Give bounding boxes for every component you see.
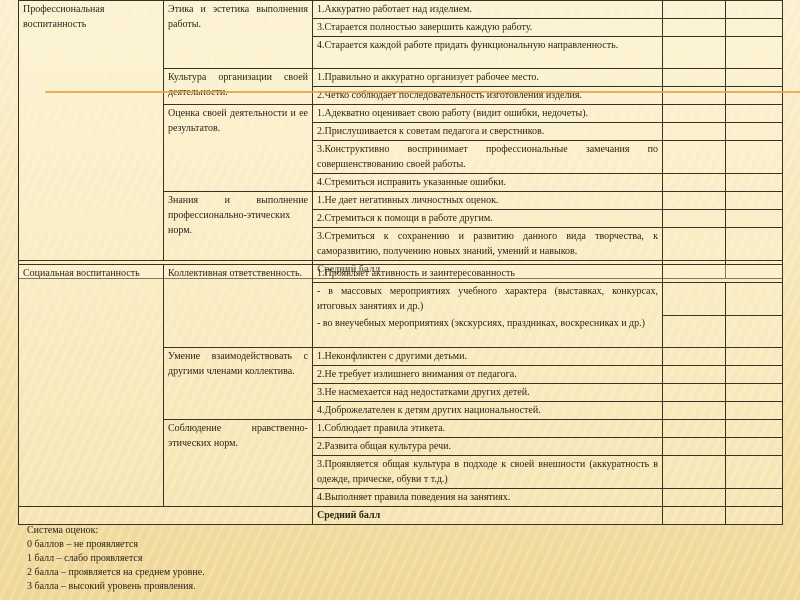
score-cell[interactable] bbox=[726, 105, 783, 123]
accent-divider-line bbox=[45, 91, 800, 93]
legend-line: 2 балла – проявляется на среднем уровне. bbox=[27, 566, 205, 580]
score-cell[interactable] bbox=[726, 228, 783, 261]
legend-line: 1 балл – слабо проявляется bbox=[27, 552, 205, 566]
score-cell[interactable] bbox=[726, 37, 783, 69]
item-cell: 4.Доброжелателен к детям других национал… bbox=[313, 401, 663, 419]
score-cell[interactable] bbox=[726, 383, 783, 401]
social-upbringing-table: Социальная воспитанность Коллективная от… bbox=[18, 264, 783, 525]
item-cell: 1.Не дает негативных личностных оценок. bbox=[313, 192, 663, 210]
item-cell: 4.Стремиться исправить указанные ошибки. bbox=[313, 174, 663, 192]
criterion-cell: Культура организации своей деятельности. bbox=[164, 69, 313, 105]
item-cell: 1.Соблюдает правила этикета. bbox=[313, 419, 663, 437]
table-row: Социальная воспитанность Коллективная от… bbox=[19, 265, 783, 283]
score-cell[interactable] bbox=[726, 174, 783, 192]
legend-line: 0 баллов – не проявляется bbox=[27, 538, 205, 552]
score-cell[interactable] bbox=[726, 69, 783, 87]
score-cell[interactable] bbox=[726, 488, 783, 506]
criterion-cell: Этика и эстетика выполнения работы. bbox=[164, 1, 313, 69]
score-cell[interactable] bbox=[663, 365, 726, 383]
score-cell[interactable] bbox=[663, 1, 726, 19]
item-cell: 2.Стремиться к помощи в работе другим. bbox=[313, 210, 663, 228]
score-cell[interactable] bbox=[663, 419, 726, 437]
criterion-cell: Соблюдение нравственно-этических норм. bbox=[164, 419, 313, 506]
score-cell[interactable] bbox=[726, 365, 783, 383]
criterion-cell: Умение взаимодействовать с другими члена… bbox=[164, 347, 313, 419]
score-cell[interactable] bbox=[663, 283, 726, 316]
score-cell[interactable] bbox=[726, 123, 783, 141]
score-cell[interactable] bbox=[663, 315, 726, 347]
score-cell[interactable] bbox=[726, 19, 783, 37]
score-cell[interactable] bbox=[726, 419, 783, 437]
item-heading-cell: 1.Проявляет активность и заинтересованно… bbox=[313, 265, 663, 283]
item-cell: 4.Старается каждой работе придать функци… bbox=[313, 37, 663, 69]
legend-line: 3 балла – высокий уровень проявления. bbox=[27, 580, 205, 594]
item-cell: - во внеучебных мероприятиях (экскурсиях… bbox=[313, 315, 663, 347]
score-cell[interactable] bbox=[663, 174, 726, 192]
score-cell[interactable] bbox=[663, 192, 726, 210]
item-cell: 4.Выполняет правила поведения на занятия… bbox=[313, 488, 663, 506]
score-cell[interactable] bbox=[663, 37, 726, 69]
item-cell: 3.Конструктивно воспринимает профессиона… bbox=[313, 141, 663, 174]
item-cell: 3.Проявляется общая культура в подходе к… bbox=[313, 455, 663, 488]
item-cell: 1.Правильно и аккуратно организует рабоч… bbox=[313, 69, 663, 87]
score-cell[interactable] bbox=[726, 347, 783, 365]
merged-score-cell bbox=[663, 265, 783, 283]
item-cell: 3.Старается полностью завершить каждую р… bbox=[313, 19, 663, 37]
category-cell: Профессиональная воспитанность bbox=[19, 1, 164, 261]
item-cell: - в массовых мероприятиях учебного харак… bbox=[313, 283, 663, 316]
score-cell[interactable] bbox=[663, 455, 726, 488]
score-cell[interactable] bbox=[726, 87, 783, 105]
average-score-cell[interactable] bbox=[663, 506, 726, 524]
score-cell[interactable] bbox=[726, 283, 783, 316]
average-empty-cell bbox=[19, 506, 313, 524]
score-cell[interactable] bbox=[726, 1, 783, 19]
table-row: Профессиональная воспитанность Этика и э… bbox=[19, 1, 783, 19]
score-cell[interactable] bbox=[663, 383, 726, 401]
score-cell[interactable] bbox=[726, 437, 783, 455]
average-label: Средний балл bbox=[313, 506, 663, 524]
legend-title: Система оценок: bbox=[27, 524, 205, 538]
average-score-cell[interactable] bbox=[726, 506, 783, 524]
score-cell[interactable] bbox=[663, 488, 726, 506]
score-cell[interactable] bbox=[663, 141, 726, 174]
criterion-cell: Знания и выполнение профессионально-этич… bbox=[164, 192, 313, 261]
item-cell: 3.Не насмехается над недостатками других… bbox=[313, 383, 663, 401]
score-cell[interactable] bbox=[663, 105, 726, 123]
grading-legend: Система оценок: 0 баллов – не проявляетс… bbox=[27, 524, 205, 594]
score-cell[interactable] bbox=[663, 210, 726, 228]
item-cell: 1.Адекватно оценивает свою работу (видит… bbox=[313, 105, 663, 123]
category-cell: Социальная воспитанность bbox=[19, 265, 164, 507]
average-row: Средний балл bbox=[19, 506, 783, 524]
score-cell[interactable] bbox=[663, 123, 726, 141]
score-cell[interactable] bbox=[663, 437, 726, 455]
score-cell[interactable] bbox=[663, 19, 726, 37]
score-cell[interactable] bbox=[663, 69, 726, 87]
score-cell[interactable] bbox=[663, 87, 726, 105]
score-cell[interactable] bbox=[663, 228, 726, 261]
score-cell[interactable] bbox=[663, 347, 726, 365]
score-cell[interactable] bbox=[726, 141, 783, 174]
item-cell: 3.Стремиться к сохранению и развитию дан… bbox=[313, 228, 663, 261]
score-cell[interactable] bbox=[726, 401, 783, 419]
score-cell[interactable] bbox=[726, 192, 783, 210]
item-cell: 2.Четко соблюдает последовательность изг… bbox=[313, 87, 663, 105]
item-cell: 2.Прислушивается к советам педагога и св… bbox=[313, 123, 663, 141]
item-cell: 2.Развита общая культура речи. bbox=[313, 437, 663, 455]
score-cell[interactable] bbox=[663, 401, 726, 419]
score-cell[interactable] bbox=[726, 210, 783, 228]
score-cell[interactable] bbox=[726, 455, 783, 488]
score-cell[interactable] bbox=[726, 315, 783, 347]
item-cell: 1.Аккуратно работает над изделием. bbox=[313, 1, 663, 19]
criterion-cell: Коллективная ответственность. bbox=[164, 265, 313, 348]
item-cell: 1.Неконфликтен с другими детьми. bbox=[313, 347, 663, 365]
item-cell: 2.Не требует излишнего внимания от педаг… bbox=[313, 365, 663, 383]
criterion-cell: Оценка своей деятельности и ее результат… bbox=[164, 105, 313, 192]
professional-upbringing-table: Профессиональная воспитанность Этика и э… bbox=[18, 0, 783, 279]
